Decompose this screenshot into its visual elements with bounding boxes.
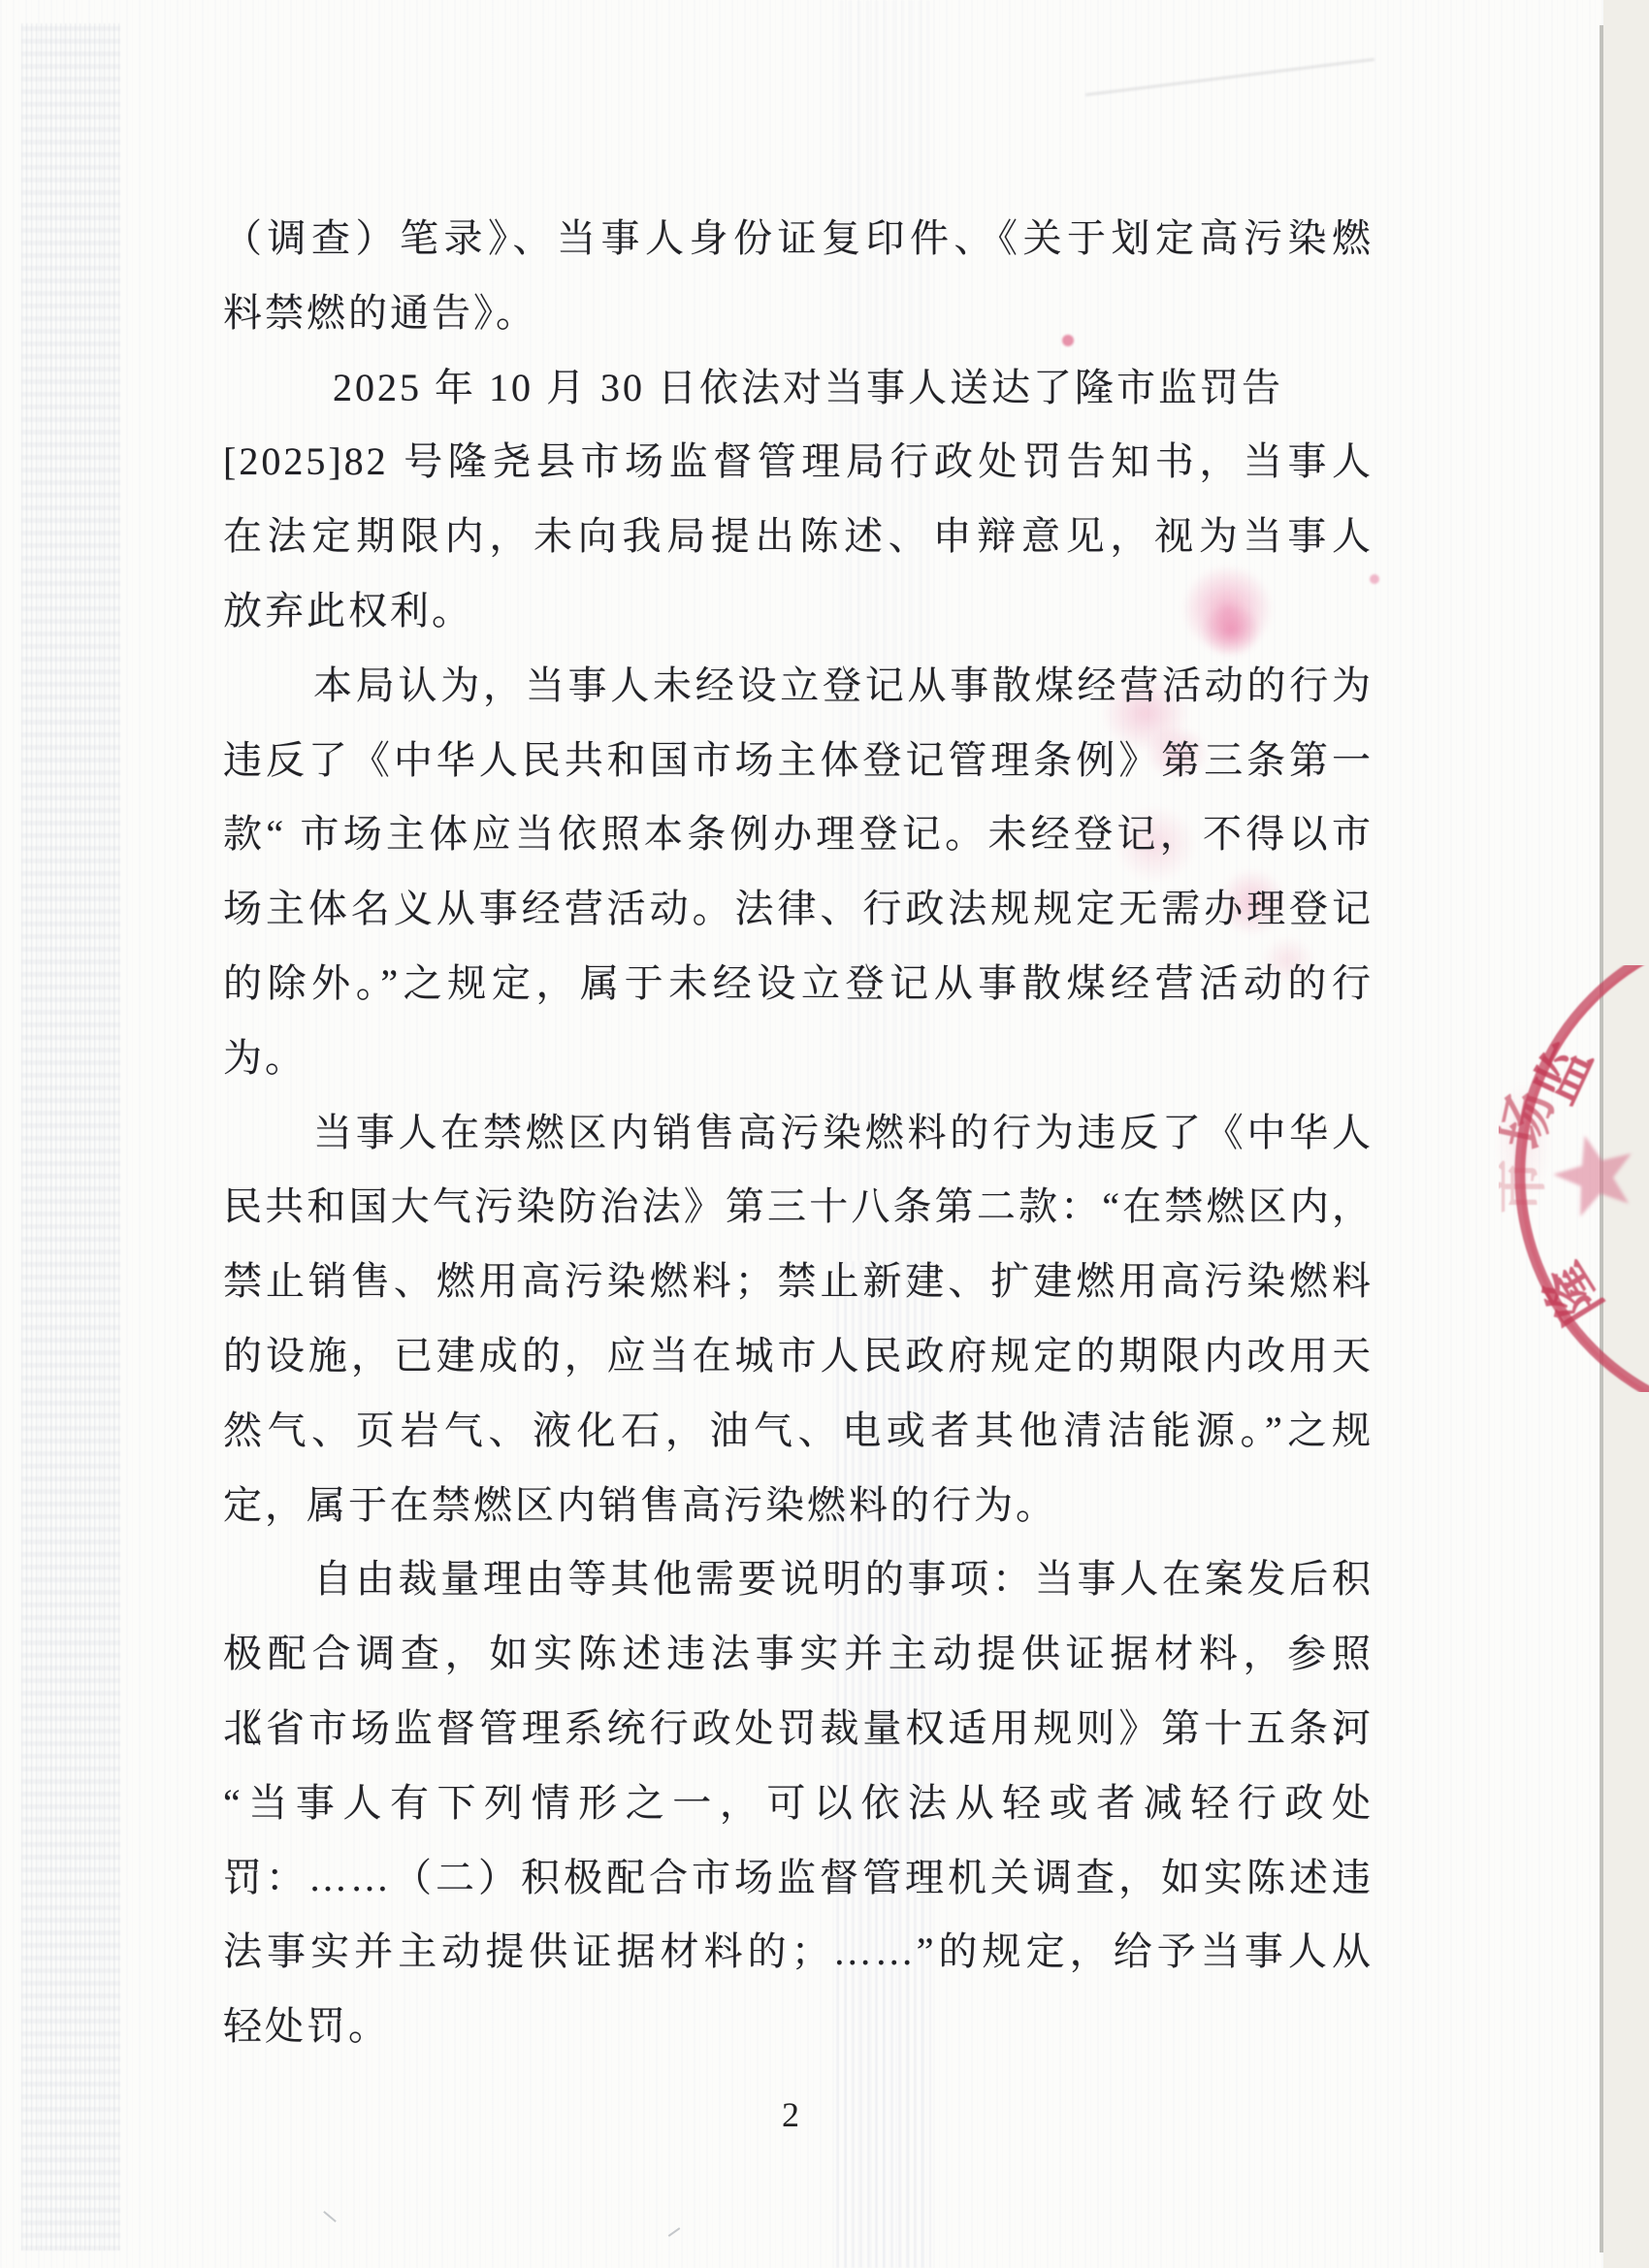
document-line: 场主体名义从事经营活动。法律、行政法规规定无需办理登记 bbox=[223, 872, 1374, 947]
document-line: 2025 年 10 月 30 日依法对当事人送达了隆市监罚告 bbox=[223, 351, 1374, 426]
document-line: 料禁燃的通告》。 bbox=[223, 276, 1374, 351]
document-line: 放弃此权利。 bbox=[223, 574, 1374, 649]
document-line: “当事人有下列情形之一，可以依法从轻或者减轻行政处 bbox=[223, 1766, 1374, 1841]
document-line: 本局认为，当事人未经设立登记从事散煤经营活动的行为 bbox=[223, 649, 1374, 724]
document-line: 违反了《中华人民共和国市场主体登记管理条例》第三条第一 bbox=[223, 724, 1374, 798]
document-line: 禁止销售、燃用高污染燃料；禁止新建、扩建燃用高污染燃料 bbox=[223, 1245, 1374, 1319]
document-line: 在法定期限内，未向我局提出陈述、申辩意见，视为当事人 bbox=[223, 500, 1374, 574]
scanned-page: { "document": { "lines": [ "（调查）笔录》、当事人身… bbox=[0, 0, 1649, 2268]
scan-mark bbox=[668, 2227, 681, 2237]
document-line: 北省市场监督管理系统行政处罚裁量权适用规则》第十五条： bbox=[223, 1692, 1374, 1766]
document-line: 的设施，已建成的，应当在城市人民政府规定的期限内改用天 bbox=[223, 1319, 1374, 1394]
scan-edge-line bbox=[1600, 25, 1603, 2252]
document-line: 然气、页岩气、液化石，油气、电或者其他清洁能源。”之规 bbox=[223, 1394, 1374, 1469]
document-line: [2025]82 号隆尧县市场监督管理局行政处罚告知书，当事人 bbox=[223, 425, 1374, 500]
document-line: 极配合调查，如实陈述违法事实并主动提供证据材料，参照《河 bbox=[223, 1617, 1374, 1692]
paper-crease bbox=[1085, 58, 1374, 97]
document-line: 法事实并主动提供证据材料的；……”的规定，给予当事人从 bbox=[223, 1915, 1374, 1990]
document-line: 定，属于在禁燃区内销售高污染燃料的行为。 bbox=[223, 1469, 1374, 1543]
document-line: 当事人在禁燃区内销售高污染燃料的行为违反了《中华人 bbox=[223, 1096, 1374, 1171]
seal-char: 监 bbox=[1523, 1035, 1603, 1113]
document-line: 为。 bbox=[223, 1021, 1374, 1096]
scan-artifact-left-band bbox=[21, 23, 120, 2251]
seal-char: 市 bbox=[1499, 1159, 1552, 1214]
document-line: 罚：……（二）积极配合市场监督管理机关调查，如实陈述违 bbox=[223, 1841, 1374, 1916]
document-line: 的除外。”之规定，属于未经设立登记从事散煤经营活动的行 bbox=[223, 947, 1374, 1021]
page-number: 2 bbox=[757, 2088, 824, 2142]
document-line: 轻处罚。 bbox=[223, 1990, 1374, 2064]
scan-edge-strip bbox=[1603, 0, 1649, 2268]
document-line: 款“ 市场主体应当依照本条例办理登记。未经登记，不得以市 bbox=[223, 797, 1374, 872]
document-line: 民共和国大气污染防治法》第三十八条第二款：“在禁燃区内， bbox=[223, 1170, 1374, 1245]
document-body: （调查）笔录》、当事人身份证复印件、《关于划定高污染燃 料禁燃的通告》。 202… bbox=[223, 202, 1374, 2064]
scan-mark bbox=[323, 2211, 337, 2222]
document-line: （调查）笔录》、当事人身份证复印件、《关于划定高污染燃 bbox=[223, 202, 1374, 276]
seal-char: 场 bbox=[1499, 1086, 1565, 1154]
ink-smudge bbox=[1494, 1082, 1552, 1203]
document-line: 自由裁量理由等其他需要说明的事项：当事人在案发后积 bbox=[223, 1542, 1374, 1617]
